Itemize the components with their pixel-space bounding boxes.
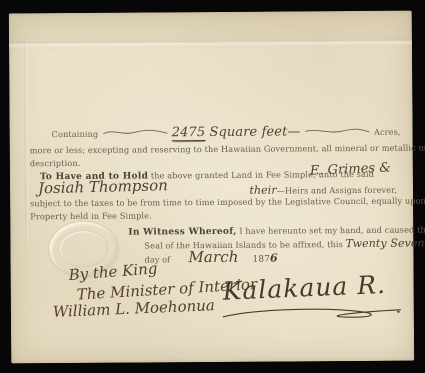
embossed-seal-inner-ring bbox=[58, 230, 108, 268]
grantee-second-handwritten: Josiah Thompson bbox=[38, 178, 168, 196]
blank-line-flourish-icon bbox=[101, 127, 169, 136]
witness-bold: In Witness Whereof, bbox=[128, 227, 236, 238]
heirs-printed: —Heirs and Assigns forever, bbox=[277, 185, 397, 196]
reservation-line-2: description. bbox=[30, 159, 81, 168]
witness-line-1: In Witness Whereof, I have hereunto set … bbox=[128, 225, 425, 237]
scan-background: Containing 2475 Square feet— Acres, more… bbox=[0, 0, 425, 373]
acres-label: Acres, bbox=[374, 127, 401, 135]
day-written-handwritten: Twenty Seventh, bbox=[346, 236, 425, 250]
reservation-line-1: more or less; excepting and reserving to… bbox=[30, 143, 425, 154]
date-line: day ofMarch1876 bbox=[144, 250, 277, 266]
minister-name-signature: William L. Moehonua bbox=[53, 298, 215, 320]
witness-line-2: Seal of the Hawaiian Islands to be affix… bbox=[144, 237, 425, 250]
year-printed: 187 bbox=[252, 255, 270, 265]
area-handwritten: 2475 Square feet— bbox=[172, 125, 301, 139]
by-the-king-handwritten: By the King bbox=[68, 261, 158, 283]
document-paper: Containing 2475 Square feet— Acres, more… bbox=[9, 11, 414, 364]
containing-line: Containing 2475 Square feet— Acres, bbox=[52, 123, 401, 138]
subject-line-1: subject to the taxes to be from time to … bbox=[30, 196, 425, 207]
area-unit: Square feet— bbox=[205, 124, 300, 140]
blank-line-flourish-icon bbox=[303, 126, 371, 135]
horizontal-fold-crease bbox=[9, 35, 412, 50]
area-number: 2475 bbox=[172, 125, 206, 141]
year-digit-handwritten: 6 bbox=[270, 252, 278, 265]
containing-label: Containing bbox=[52, 130, 99, 139]
royal-signature-kalakaua: Kalakaua R. bbox=[222, 272, 386, 304]
their-handwritten: their bbox=[249, 184, 276, 197]
witness-line2-printed: Seal of the Hawaiian Islands to be affix… bbox=[144, 239, 345, 250]
grantee-first-handwritten: E. Grimes & bbox=[310, 161, 391, 177]
heirs-line: their—Heirs and Assigns forever, bbox=[249, 184, 397, 196]
signature-flourish-icon bbox=[217, 305, 405, 322]
ink-dot-artifact bbox=[397, 311, 400, 313]
month-handwritten: March bbox=[188, 248, 238, 266]
subject-line-2: Property held in Fee Simple. bbox=[30, 211, 152, 220]
vertical-fold-crease bbox=[23, 43, 29, 243]
witness-rest: I have hereunto set my hand, and caused … bbox=[237, 224, 425, 236]
